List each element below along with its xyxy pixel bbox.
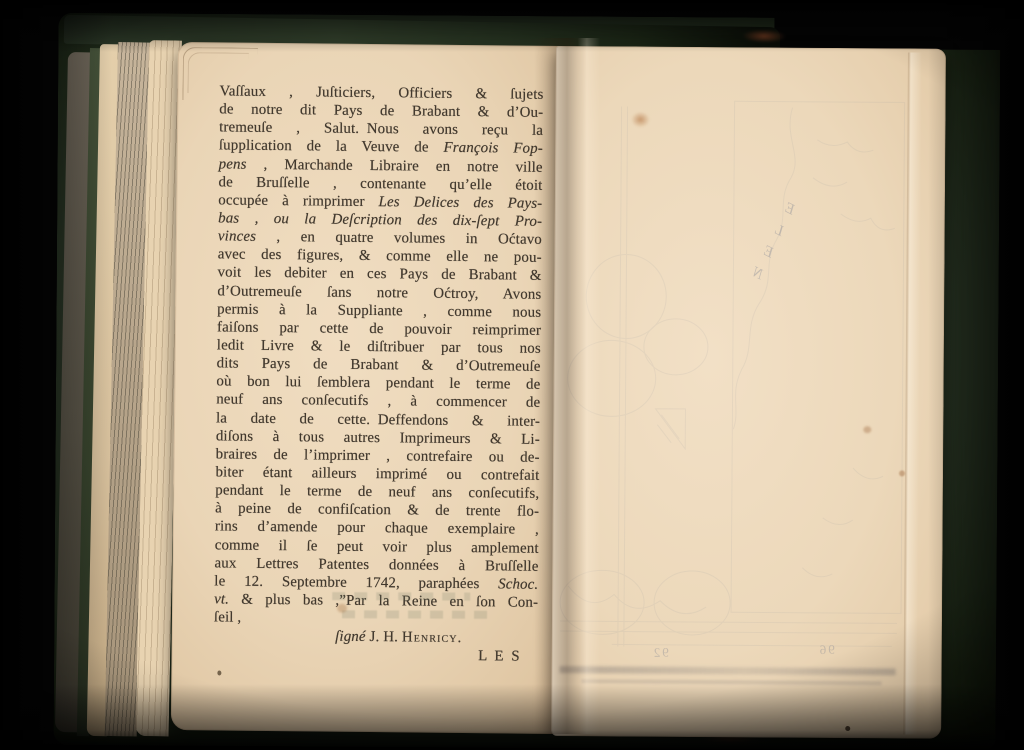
book-photo: Vaſſaux , Juſticiers, Officiers & ſujets… — [0, 0, 1024, 750]
foxing-stain — [899, 470, 905, 476]
right-page: ELEN 92 96 — [551, 46, 946, 739]
show-through-digits: 96 — [818, 642, 835, 658]
show-through-text — [332, 592, 470, 600]
text-block: Vaſſaux , Juſticiers, Officiers & ſujets… — [213, 82, 543, 666]
foxing-stain — [863, 426, 871, 433]
foxing-stain — [327, 162, 334, 168]
left-page: Vaſſaux , Juſticiers, Officiers & ſujets… — [171, 42, 564, 734]
text-line: L E S — [213, 645, 537, 667]
show-through-map — [551, 46, 946, 739]
foxing-stain — [845, 726, 850, 731]
foxing-stain — [217, 670, 221, 675]
show-through-digits: 92 — [652, 645, 669, 661]
show-through-text — [342, 610, 492, 619]
foxing-stain — [337, 604, 347, 613]
foxing-stain — [627, 109, 653, 131]
